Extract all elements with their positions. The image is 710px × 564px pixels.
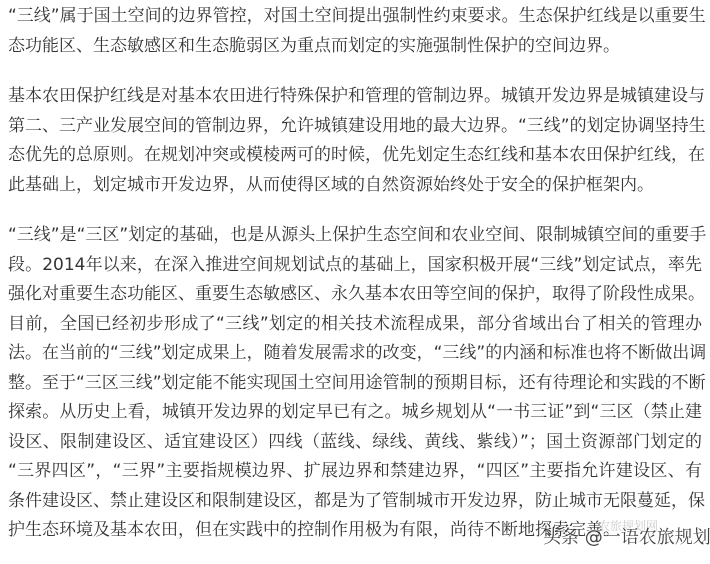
- text-line: 目前，全国已经初步形成了“三线”划定的相关技术流程成果，部分省域出台了相关的管理…: [8, 310, 702, 340]
- text-line: 条件建设区、禁止建设区和限制建设区，都是为了管制城市开发边界，防止城市无限蔓延，…: [8, 487, 702, 517]
- text-line: “三线”属于国土空间的边界管控，对国土空间提出强制性约束要求。生态保护红线是以重…: [8, 2, 702, 32]
- text-line: 设区、限制建设区、适宜建设区）四线（蓝线、绿线、黄线、紫线）”；国土资源部门划定…: [8, 428, 702, 458]
- text-line: “三线”是“三区”划定的基础，也是从源头上保护生态空间和农业空间、限制城镇空间的…: [8, 221, 702, 251]
- paragraph-2: 基本农田保护红线是对基本农田进行特殊保护和管理的管制边界。城镇开发边界是城镇建设…: [8, 82, 702, 200]
- text-line: “三界四区”，“三界”主要指规模边界、扩展边界和禁建边界，“四区”主要指允许建设…: [8, 457, 702, 487]
- article-body: “三线”属于国土空间的边界管控，对国土空间提出强制性约束要求。生态保护红线是以重…: [8, 2, 702, 564]
- text-line: 段。2014年以来，在深入推进空间规划试点的基础上，国家积极开展“三线”划定试点…: [8, 251, 702, 281]
- text-line: 法。在当前的“三线”划定成果上，随着发展需求的改变，“三线”的内涵和标准也将不断…: [8, 339, 702, 369]
- text-line: 态优先的总原则。在规划冲突或模棱两可的时候，优先划定生态红线和基本农田保护红线，…: [8, 141, 702, 171]
- paragraph-1: “三线”属于国土空间的边界管控，对国土空间提出强制性约束要求。生态保护红线是以重…: [8, 2, 702, 61]
- text-line: 基本农田保护红线是对基本农田进行特殊保护和管理的管制边界。城镇开发边界是城镇建设…: [8, 82, 702, 112]
- paragraph-3: “三线”是“三区”划定的基础，也是从源头上保护生态空间和农业空间、限制城镇空间的…: [8, 221, 702, 546]
- text-line: 态功能区、生态敏感区和生态脆弱区为重点而划定的实施强制性保护的空间边界。: [8, 32, 702, 62]
- text-line: 此基础上，划定城市开发边界，从而使得区域的自然资源始终处于安全的保护框架内。: [8, 171, 702, 201]
- text-line: 整。至于“三区三线”划定能不能实现国土空间用途管制的预期目标，还有待理论和实践的…: [8, 369, 702, 399]
- text-line: 强化对重要生态功能区、重要生态敏感区、永久基本农田等空间的保护，取得了阶段性成果…: [8, 280, 702, 310]
- text-line: 探索。从历史上看，城镇开发边界的划定早已有之。城乡规划从“一书三证”到“三区（禁…: [8, 398, 702, 428]
- source-watermark: 头条 @一语农旅规划: [543, 527, 710, 549]
- text-line: 第二、三产业发展空间的管制边界，允许城镇建设用地的最大边界。“三线”的划定协调坚…: [8, 112, 702, 142]
